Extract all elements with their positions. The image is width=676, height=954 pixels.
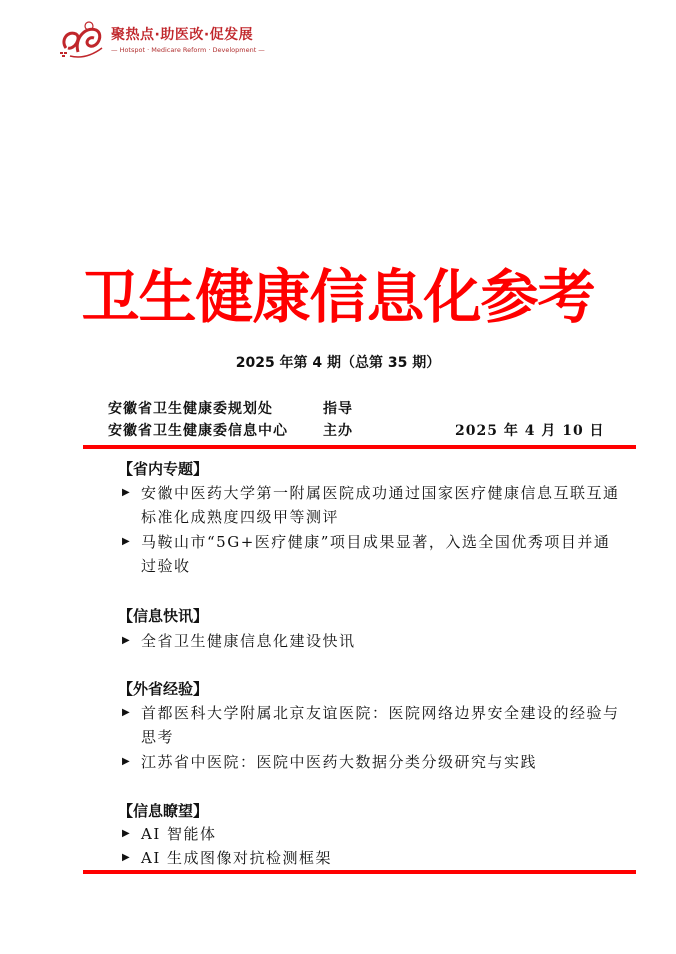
hotspot-logo-icon <box>56 18 108 62</box>
section-title-other-provinces: 【外省经验】 <box>118 678 208 699</box>
list-item-text: 江苏省中医院：医院中医药大数据分类分级研究与实践 <box>141 750 622 774</box>
list-item-text: 马鞍山市“5G+医疗健康”项目成果显著，入选全国优秀项目并通过验收 <box>141 530 622 578</box>
brand-subtitle: — Hotspot · Medicare Reform · Developmen… <box>111 46 265 54</box>
list-item[interactable]: ▶ 首都医科大学附属北京友谊医院：医院网络边界安全建设的经验与思考 <box>122 701 622 749</box>
publish-date: 2025 年 4 月 10 日 <box>455 420 605 440</box>
triangle-bullet-icon: ▶ <box>122 701 130 725</box>
list-item[interactable]: ▶ 江苏省中医院：医院中医药大数据分类分级研究与实践 <box>122 750 622 774</box>
brand-title: 聚热点·助医改·促发展 <box>111 24 253 44</box>
triangle-bullet-icon: ▶ <box>122 481 130 505</box>
list-item-text: AI 智能体 <box>141 822 622 846</box>
brand-logo: 聚热点·助医改·促发展 — Hotspot · Medicare Reform … <box>56 18 286 62</box>
list-item-text: 全省卫生健康信息化建设快讯 <box>141 629 622 653</box>
issue-number: 2025 年第 4 期（总第 35 期） <box>0 352 676 372</box>
list-item[interactable]: ▶ 马鞍山市“5G+医疗健康”项目成果显著，入选全国优秀项目并通过验收 <box>122 530 622 578</box>
triangle-bullet-icon: ▶ <box>122 750 130 774</box>
org-guidance-role: 指导 <box>323 398 353 418</box>
triangle-bullet-icon: ▶ <box>122 530 130 554</box>
list-item[interactable]: ▶ AI 智能体 <box>122 822 622 846</box>
list-item-text: 首都医科大学附属北京友谊医院：医院网络边界安全建设的经验与思考 <box>141 701 622 749</box>
org-guidance-name: 安徽省卫生健康委规划处 <box>108 398 273 418</box>
section-title-outlook: 【信息瞭望】 <box>118 800 208 821</box>
list-item-text: 安徽中医药大学第一附属医院成功通过国家医疗健康信息互联互通标准化成熟度四级甲等测… <box>141 481 622 529</box>
publication-title: 卫生健康信息化参考 <box>0 262 676 332</box>
top-divider <box>83 445 636 449</box>
list-item[interactable]: ▶ 安徽中医药大学第一附属医院成功通过国家医疗健康信息互联互通标准化成熟度四级甲… <box>122 481 622 529</box>
section-title-provincial: 【省内专题】 <box>118 458 208 479</box>
bottom-divider <box>83 870 636 874</box>
list-item[interactable]: ▶ 全省卫生健康信息化建设快讯 <box>122 629 622 653</box>
section-title-news: 【信息快讯】 <box>118 605 208 626</box>
org-host-name: 安徽省卫生健康委信息中心 <box>108 420 288 440</box>
list-item-text: AI 生成图像对抗检测框架 <box>141 846 622 870</box>
org-host-role: 主办 <box>323 420 353 440</box>
triangle-bullet-icon: ▶ <box>122 846 130 870</box>
triangle-bullet-icon: ▶ <box>122 629 130 653</box>
triangle-bullet-icon: ▶ <box>122 822 130 846</box>
list-item[interactable]: ▶ AI 生成图像对抗检测框架 <box>122 846 622 870</box>
